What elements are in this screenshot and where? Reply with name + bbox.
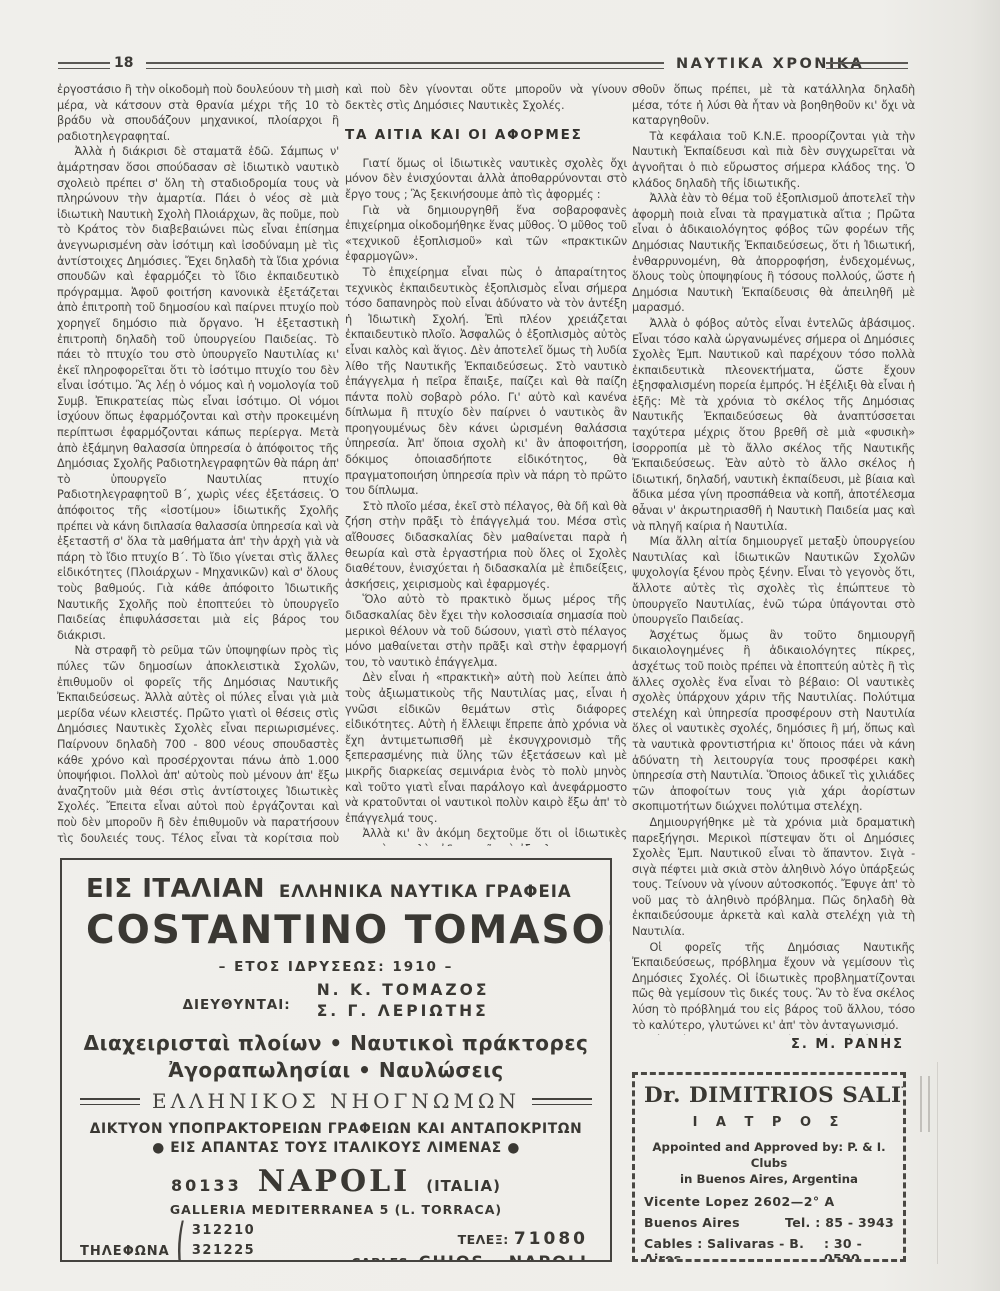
paragraph: Ἀλλὰ ἡ διάκρισι δὲ σταματᾶ ἐδῶ. Σάμπως ν… (57, 144, 339, 643)
paragraph: Ἀλλὰ κι' ἂν ἀκόμη δεχτοῦμε ὅτι οἱ ἰδιωτι… (345, 826, 627, 846)
paragraph: Στὸ πλοῖο μέσα, ἐκεῖ στὸ πέλαγος, θὰ δῆ … (345, 499, 627, 593)
magazine-page: 18 ΝΑΥΤΙΚΑ ΧΡΟΝΙΚΑ ἐργοστάσιο ἢ τὴν οἰκο… (0, 0, 1000, 1291)
phones-block: ΤΗΛΕΦΩΝΑ ( 312210 321225 328543 (80, 1221, 255, 1262)
telex-row: ΤΕΛΕΞ: 71080 (351, 1228, 588, 1251)
cables-row: CABLES: CHIOS - NAPOLI (351, 1251, 588, 1262)
phones-list: 312210 321225 328543 (192, 1221, 255, 1262)
registry-name: ΕΛΛΗΝΙΚΟΣ ΝΗΟΓΝΩΜΩΝ (152, 1089, 520, 1113)
paragraph: ἐργοστάσιο ἢ τὴν οἰκοδομὴ ποὺ δουλεύουν … (57, 82, 339, 144)
paragraph: σθοῦν ὅπως πρέπει, μὲ τὰ κατάλληλα δηλαδ… (632, 82, 915, 129)
phones-label: ΤΗΛΕΦΩΝΑ (80, 1244, 170, 1259)
salivaras-tel: Tel. : 85 - 3943 (785, 1215, 894, 1230)
telex-label: ΤΕΛΕΞ: (458, 1232, 509, 1247)
ad-tomasos: ΕΙΣ ΙΤΑΛΙΑΝ ΕΛΛΗΝΙΚΑ ΝΑΥΤΙΚΑ ΓΡΑΦΕΙΑ COS… (60, 858, 612, 1262)
salivaras-city: Buenos Aires (644, 1215, 740, 1230)
phone-1: 312210 (192, 1223, 255, 1238)
ad-tomasos-eis-italian: ΕΙΣ ΙΤΑΛΙΑΝ (86, 874, 265, 904)
ad-tomasos-street-address: GALLERIA MEDITERRANEA 5 (L. TORRACA) (80, 1202, 592, 1217)
paragraph: Γιὰ νὰ δημιουργηθῆ ἕνα σοβαροφανὲς ἐπιχε… (345, 203, 627, 265)
ad-tomasos-founded: – ΕΤΟΣ ΙΔΡΥΣΕΩΣ: 1910 – (80, 959, 592, 975)
paragraph: Δὲν εἶναι ἡ «πρακτικὴ» αὐτὴ ποὺ λείπει ἀ… (345, 670, 627, 826)
article-column-3: σθοῦν ὅπως πρέπει, μὲ τὰ κατάλληλα δηλαδ… (632, 82, 915, 1035)
ad-tomasos-services-1: Διαχειρισταὶ πλοίων • Ναυτικοὶ πράκτορες (80, 1031, 592, 1055)
ad-salivaras-city-tel-row: Buenos Aires Tel. : 85 - 3943 (644, 1215, 894, 1230)
paragraph: Οἱ φορεῖς τῆς Δημόσιας Ναυτικῆς Ἐκπαιδεύ… (632, 940, 915, 1034)
ad-tomasos-services-2: Ἀγοραπωλησίαι • Ναυλώσεις (80, 1058, 592, 1082)
city-name: NAPOLI (258, 1164, 411, 1199)
company-name-main: COSTANTINO TOMASOS L (86, 908, 612, 953)
phones-brace-glyph: ( (176, 1212, 186, 1262)
ad-tomasos-city-row: 80133 NAPOLI (ITALIA) (80, 1164, 592, 1199)
page-number: 18 (114, 55, 133, 71)
paragraph: Τὰ κεφάλαια τοῦ Κ.Ν.Ε. προορίζονται γιὰ … (632, 129, 915, 191)
paragraph: καὶ ποὺ δὲν γίνονται οὔτε μποροῦν νὰ γίν… (345, 82, 627, 113)
directors-names: Ν. Κ. ΤΟΜΑΖΟΣ Σ. Γ. ΛΕΡΙΩΤΗΣ (317, 980, 490, 1022)
paragraph: Γιατί ὅμως οἱ ἰδιωτικὲς ναυτικὲς σχολὲς … (345, 156, 627, 203)
ad-tomasos-contact-row: ΤΗΛΕΦΩΝΑ ( 312210 321225 328543 ΤΕΛΕΞ: 7… (80, 1221, 592, 1262)
postal-code: 80133 (171, 1176, 242, 1195)
header-rule-left (58, 62, 110, 69)
paragraph: Ἀλλὰ ἐὰν τὸ θέμα τοῦ ἐξοπλισμοῦ ἀποτελεῖ… (632, 191, 915, 316)
telex-value: 71080 (514, 1229, 588, 1249)
registry-rule-right (532, 1098, 592, 1105)
paragraph: Μία ἄλλη αἰτία δημιουργεῖ μεταξὺ ὑπουργε… (632, 534, 915, 628)
ad-salivaras-doctor-name: Dr. DIMITRIOS SALIVARAS (644, 1083, 894, 1108)
ad-tomasos-company-name: COSTANTINO TOMASOS LTD. (86, 908, 592, 953)
paragraph: Ἀσχέτως ὅμως ἂν τοῦτο δημιουργῆ δικαιολο… (632, 628, 915, 815)
paragraph: Ἀλλὰ ὁ φόβος αὐτὸς εἶναι ἐντελῶς ἀβάσιμο… (632, 316, 915, 534)
cables-label: CABLES: (351, 1255, 413, 1262)
ad-tomasos-registry-row: ΕΛΛΗΝΙΚΟΣ ΝΗΟΓΝΩΜΩΝ (80, 1089, 592, 1113)
registry-rule-left (80, 1098, 140, 1105)
scan-artifact-line (928, 1076, 930, 1132)
cables-value: CHIOS - NAPOLI (419, 1252, 588, 1262)
ad-salivaras-cables-row: Cables : Salivaras - B. Aires : 30 - 059… (644, 1236, 894, 1262)
article-column-2: καὶ ποὺ δὲν γίνονται οὔτε μποροῦν νὰ γίν… (345, 82, 627, 846)
ad-tomasos-greek-offices: ΕΛΛΗΝΙΚΑ ΝΑΥΤΙΚΑ ΓΡΑΦΕΙΑ (279, 882, 572, 901)
ad-salivaras: Dr. DIMITRIOS SALIVARAS Ι Α Τ Ρ Ο Σ Appo… (632, 1072, 906, 1262)
paragraph: Νὰ στραφῆ τὸ ρεῦμα τῶν ὑποψηφίων πρὸς τὶ… (57, 643, 339, 846)
ad-tomasos-network-2: ● ΕΙΣ ΑΠΑΝΤΑΣ ΤΟΥΣ ΙΤΑΛΙΚΟΥΣ ΛΙΜΕΝΑΣ ● (80, 1140, 592, 1156)
ad-tomasos-directors: ΔΙΕΥΘΥΝΤΑΙ: Ν. Κ. ΤΟΜΑΖΟΣ Σ. Γ. ΛΕΡΙΩΤΗΣ (80, 980, 592, 1022)
phone-2: 321225 (192, 1243, 255, 1258)
ad-tomasos-network-1: ΔΙΚΤΥΟΝ ΥΠΟΠΡΑΚΤΟΡΕΙΩΝ ΓΡΑΦΕΙΩΝ ΚΑΙ ΑΝΤΑ… (80, 1121, 592, 1137)
header-rule-main (146, 62, 664, 69)
ad-tomasos-topline: ΕΙΣ ΙΤΑΛΙΑΝ ΕΛΛΗΝΙΚΑ ΝΑΥΤΙΚΑ ΓΡΑΦΕΙΑ (86, 874, 592, 904)
salivaras-cables-label: Cables : Salivaras - B. Aires (644, 1236, 824, 1262)
paragraph: Ὅλο αὐτὸ τὸ πρακτικὸ ὅμως μέρος τῆς διδα… (345, 592, 627, 670)
director-2: Σ. Γ. ΛΕΡΙΩΤΗΣ (317, 1002, 489, 1020)
ad-salivaras-approved-1: Appointed and Approved by: P. & I. Clubs (644, 1139, 894, 1171)
ad-salivaras-address: Vicente Lopez 2602—2° A (644, 1194, 894, 1209)
salivaras-cables-value: : 30 - 0590 (824, 1236, 894, 1262)
author-byline: Σ. Μ. ΡΑΝΗΣ (632, 1037, 904, 1052)
directors-label: ΔΙΕΥΘΥΝΤΑΙ: (183, 997, 291, 1013)
paragraph: Τὸ πρόβλημα τῆς Ναυτιλίας ποιὸς θὰ τὸ λύ… (632, 1033, 915, 1035)
director-1: Ν. Κ. ΤΟΜΑΖΟΣ (317, 981, 490, 999)
ad-salivaras-approved-2: in Buenos Aires, Argentina (644, 1171, 894, 1187)
scan-artifact-line (920, 1076, 922, 1132)
article-column-1: ἐργοστάσιο ἢ τὴν οἰκοδομὴ ποὺ δουλεύουν … (57, 82, 339, 846)
section-heading: ΤΑ ΑΙΤΙΑ ΚΑΙ ΟΙ ΑΦΟΡΜΕΣ (345, 128, 627, 144)
scan-artifact-line (937, 1062, 938, 1264)
paragraph: Δημιουργήθηκε μὲ τὰ χρόνια μιὰ δραματικὴ… (632, 815, 915, 940)
paragraph: Τὸ ἐπιχείρημα εἶναι πὼς ὁ ἀπαραίτητος τε… (345, 265, 627, 499)
header-rule-right (826, 62, 908, 69)
ad-salivaras-role: Ι Α Τ Ρ Ο Σ (644, 1115, 894, 1130)
country-name: (ITALIA) (426, 1177, 501, 1195)
telex-cables-block: ΤΕΛΕΞ: 71080 CABLES: CHIOS - NAPOLI (351, 1228, 592, 1262)
